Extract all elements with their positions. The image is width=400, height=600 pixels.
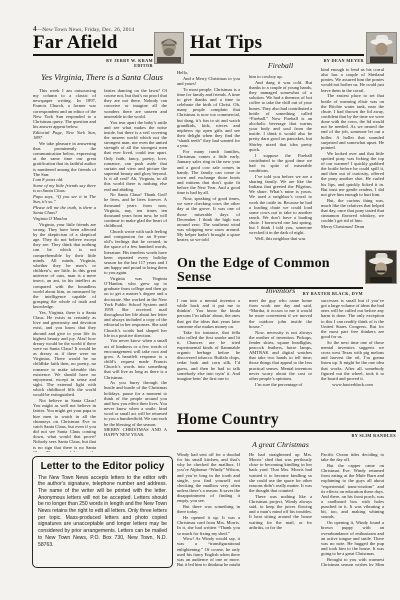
far-afield-rule	[33, 54, 153, 56]
home-country-title: Home Country	[177, 412, 396, 428]
letter-policy-body: The New Town News accepts letters to the…	[38, 475, 167, 549]
far-afield-header: Far Afield BY JERRY W. KRAM EDITOR	[33, 33, 153, 68]
home-country-column-1: Windy had sent off for a doodad for his …	[177, 452, 240, 566]
home-country-column-3: Pacific Ocean tides deciding to take the…	[321, 452, 384, 566]
jerry-kram-photo	[155, 33, 183, 63]
hat-tips-header: Hat Tips BY DEAN MEYER	[190, 33, 364, 63]
yes-virginia-article-title: Yes Virginia, There is a Santa Claus	[33, 73, 171, 82]
home-country-rule	[177, 430, 396, 432]
far-afield-byline-editor: EDITOR	[33, 63, 153, 68]
home-country-column-2: He had straightened up Mrs. Morris’ shed…	[249, 452, 312, 566]
fireball-subhead: Fireball	[249, 62, 312, 70]
home-country-byline: BY SLIM RANDLES	[177, 433, 396, 438]
great-christmas-subhead: A great Christmas	[177, 441, 384, 449]
hat-tips-column-1: Hello,And a Merry Christmas to you and y…	[177, 70, 240, 252]
edge-column-2: meet the guy who came home from work one…	[249, 298, 312, 410]
edge-column-1: I ran into a mental inventor a while bac…	[177, 298, 240, 410]
hat-tips-title: Hat Tips	[190, 33, 364, 52]
far-afield-column-2: fairies dancing on the lawn? Of course n…	[104, 88, 167, 452]
hat-tips-rule	[190, 54, 364, 56]
hat-tips-column-3: kind enough to lend us his corral also h…	[321, 67, 384, 252]
far-afield-column-1: This week I am outsourcing my column to …	[33, 88, 96, 452]
hat-tips-column-2: him to cowboy up.And dang it was cold. B…	[249, 74, 312, 252]
edge-column-3: successes is small but if you’ve got a l…	[321, 298, 384, 410]
home-country-header: Home Country BY SLIM RANDLES	[177, 412, 396, 439]
letter-policy-box: Letter to the Editor policy The New Town…	[32, 456, 173, 568]
far-afield-title: Far Afield	[33, 33, 153, 52]
inventors-subhead: Inventors	[177, 287, 384, 295]
baxter-black-photo	[366, 251, 396, 283]
newspaper-page: { "page": { "number": "4", "masthead": "…	[0, 0, 400, 600]
edge-title: On the Edge of Common Sense	[177, 257, 363, 285]
letter-policy-title: Letter to the Editor policy	[38, 461, 167, 472]
dean-meyer-photo	[367, 33, 396, 63]
